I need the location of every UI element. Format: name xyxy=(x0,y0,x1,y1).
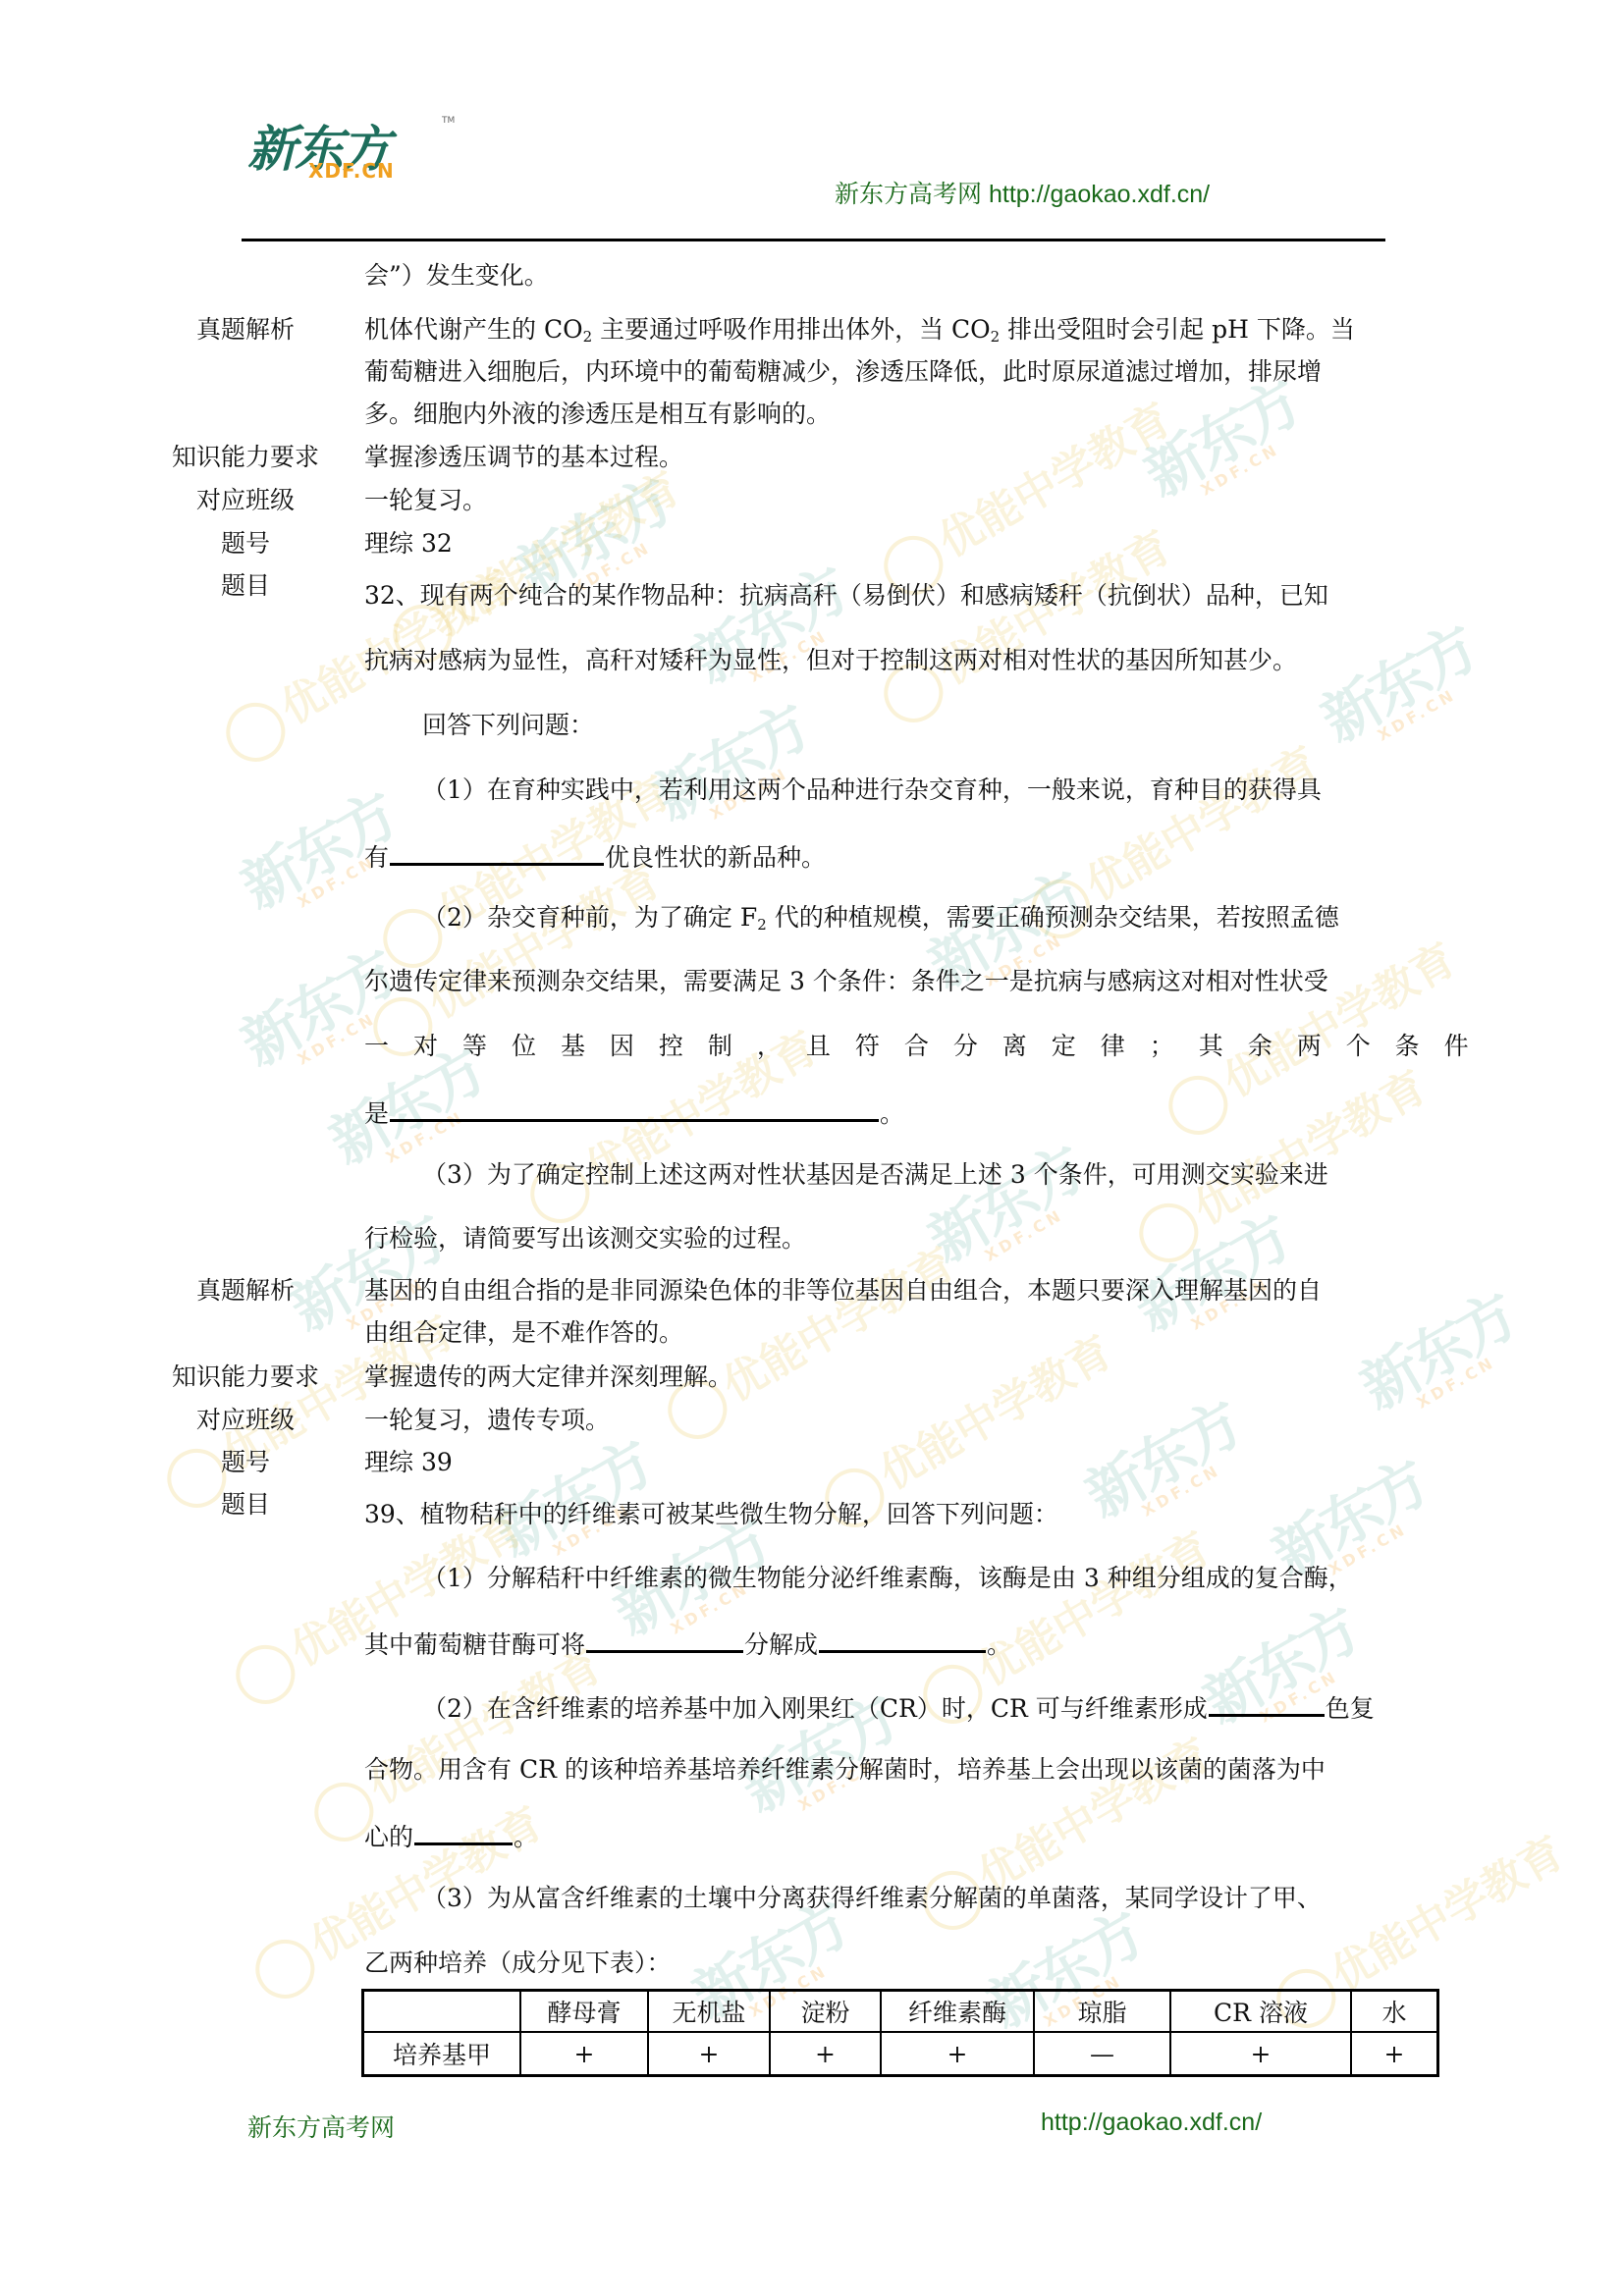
class-level-text: 一轮复习。 xyxy=(364,486,487,515)
justified-char: ， xyxy=(757,1032,782,1061)
label-question: 题目 xyxy=(147,571,344,601)
table-header-cell: 淀粉 xyxy=(770,1991,881,2033)
table-header-cell: 酵母膏 xyxy=(520,1991,648,2033)
table-header-cell: 无机盐 xyxy=(648,1991,770,2033)
table-header-cell: CR 溶液 xyxy=(1170,1991,1351,2033)
logo-subtext: XDF.CN xyxy=(308,159,395,183)
answer-blank[interactable] xyxy=(1209,1690,1325,1717)
header-site-link[interactable]: 新东方高考网 http://gaokao.xdf.cn/ xyxy=(835,175,1210,210)
xdf-logo: 新东方 XDF.CN TM xyxy=(247,110,454,188)
table-row: 培养基甲 + + + + — + + xyxy=(363,2032,1438,2076)
header-divider xyxy=(242,239,1385,241)
watermark-xdf: 新东方XDF.CN xyxy=(1117,1192,1306,1354)
q32-part2-line: （2）杂交育种前，为了确定 F2 代的种植规模，需要正确预测杂交结果，若按照孟德 xyxy=(422,903,1339,933)
answer-blank[interactable] xyxy=(390,1095,879,1122)
justified-char: 控 xyxy=(659,1032,683,1061)
watermark-xdf: 新东方XDF.CN xyxy=(1304,603,1492,765)
table-cell: + xyxy=(520,2032,648,2076)
analysis-line: 基因的自由组合指的是非同源染色体的非等位基因自由组合，本题只要深入理解基因的自 xyxy=(364,1276,1322,1306)
q39-part2-line: 合物。用含有 CR 的该种培养基培养纤维素分解菌时，培养基上会出现以该菌的菌落为… xyxy=(364,1755,1326,1785)
q32-part2-line: 尔遗传定律来预测杂交结果，需要满足 3 个条件：条件之一是抗病与感病这对相对性状… xyxy=(364,967,1328,996)
table-cell: + xyxy=(648,2032,770,2076)
table-cell: + xyxy=(881,2032,1034,2076)
justified-char: 定 xyxy=(1052,1032,1076,1061)
table-header-cell: 琼脂 xyxy=(1034,1991,1170,2033)
answer-blank[interactable] xyxy=(819,1627,986,1653)
answer-blank[interactable] xyxy=(390,839,604,866)
watermark-xdf: 新东方XDF.CN xyxy=(224,927,412,1089)
justified-char: 其 xyxy=(1199,1032,1223,1061)
justified-char: 因 xyxy=(610,1032,634,1061)
label-analysis: 真题解析 xyxy=(147,315,344,345)
knowledge-text: 掌握渗透压调节的基本过程。 xyxy=(364,443,683,472)
label-question-no: 题号 xyxy=(147,1448,344,1477)
logo-trademark: TM xyxy=(442,116,455,126)
q39-part2-line: （2）在含纤维素的培养基中加入刚果红（CR）时，CR 可与纤维素形成色复 xyxy=(422,1690,1375,1724)
question-prompt: 回答下列问题： xyxy=(422,711,594,740)
q32-part2-line: 是。 xyxy=(364,1095,904,1129)
table-header-row: 酵母膏 无机盐 淀粉 纤维素酶 琼脂 CR 溶液 水 xyxy=(363,1991,1438,2033)
justified-char: 等 xyxy=(462,1032,487,1061)
watermark-youneng: 优能中学教育 xyxy=(653,1229,967,1450)
culture-medium-table: 酵母膏 无机盐 淀粉 纤维素酶 琼脂 CR 溶液 水 培养基甲 + + + + … xyxy=(361,1989,1439,2077)
justified-char: 条 xyxy=(1395,1032,1420,1061)
justified-char: 余 xyxy=(1248,1032,1272,1061)
justified-char: 件 xyxy=(1444,1032,1469,1061)
justified-char: 律 xyxy=(1101,1032,1125,1061)
table-cell: + xyxy=(1351,2032,1438,2076)
justified-char: 一 xyxy=(364,1032,389,1061)
knowledge-text: 掌握遗传的两大定律并深刻理解。 xyxy=(364,1362,732,1392)
table-cell: 培养基甲 xyxy=(363,2032,521,2076)
watermark-youneng: 优能中学教育 xyxy=(869,385,1183,606)
analysis-line: 葡萄糖进入细胞后，内环境中的葡萄糖减少，渗透压降低，此时原尿道滤过增加，排尿增 xyxy=(364,357,1322,387)
q32-part3-line: 行检验，请简要写出该测交实验的过程。 xyxy=(364,1224,806,1254)
footer-site-name: 新东方高考网 xyxy=(247,2109,395,2144)
label-question: 题目 xyxy=(147,1490,344,1520)
analysis-line: 多。细胞内外液的渗透压是相互有影响的。 xyxy=(364,400,831,429)
question-number: 理综 32 xyxy=(364,529,453,559)
justified-char: 两 xyxy=(1297,1032,1322,1061)
justified-char: 个 xyxy=(1346,1032,1371,1061)
q39-part1-line: （1）分解秸秆中纤维素的微生物能分泌纤维素酶，该酶是由 3 种组分组成的复合酶， xyxy=(422,1564,1353,1593)
table-cell: + xyxy=(770,2032,881,2076)
q39-part3-line: （3）为从富含纤维素的土壤中分离获得纤维素分解菌的单菌落，某同学设计了甲、 xyxy=(422,1884,1322,1913)
table-header-cell: 水 xyxy=(1351,1991,1438,2033)
watermark-youneng: 优能中学教育 xyxy=(869,512,1183,733)
table-cell: + xyxy=(1170,2032,1351,2076)
justified-char: 位 xyxy=(512,1032,536,1061)
answer-blank[interactable] xyxy=(586,1627,743,1653)
label-class-level: 对应班级 xyxy=(147,486,344,515)
label-analysis: 真题解析 xyxy=(147,1276,344,1306)
table-header-cell: 纤维素酶 xyxy=(881,1991,1034,2033)
q32-part3-line: （3）为了确定控制上述这两对性状基因是否满足上述 3 个条件，可用测交实验来进 xyxy=(422,1160,1328,1190)
answer-blank[interactable] xyxy=(414,1819,513,1845)
justified-char: 且 xyxy=(806,1032,831,1061)
header-site-url: http://gaokao.xdf.cn/ xyxy=(989,181,1210,208)
justified-char: 制 xyxy=(708,1032,732,1061)
question-stem-line: 抗病对感病为显性，高秆对矮秆为显性，但对于控制这两对相对性状的基因所知甚少。 xyxy=(364,646,1297,675)
analysis-line: 机体代谢产生的 CO2 主要通过呼吸作用排出体外，当 CO2 排出受阻时会引起 … xyxy=(364,315,1355,345)
q39-part3-line: 乙两种培养（成分见下表）： xyxy=(364,1949,672,1978)
justified-char: 对 xyxy=(413,1032,438,1061)
watermark-xdf: 新东方XDF.CN xyxy=(479,1417,668,1579)
justified-char: ； xyxy=(1150,1032,1174,1061)
class-level-text: 一轮复习，遗传专项。 xyxy=(364,1406,610,1435)
q39-part1-line: 其中葡萄糖苷酶可将分解成。 xyxy=(364,1627,1011,1660)
label-knowledge: 知识能力要求 xyxy=(147,443,344,472)
label-question-no: 题号 xyxy=(147,529,344,559)
question-stem-line: 39、植物秸秆中的纤维素可被某些微生物分解，回答下列问题： xyxy=(364,1500,1058,1529)
justified-char: 合 xyxy=(904,1032,929,1061)
q32-part2-line-justified: 一对等位基因控制，且符合分离定律；其余两个条件 xyxy=(364,1032,1469,1061)
q32-part1-line: （1）在育种实践中，若利用这两个品种进行杂交育种，一般来说，育种目的获得具 xyxy=(422,775,1322,805)
watermark-xdf: 新东方XDF.CN xyxy=(1343,1270,1532,1432)
analysis-line: 由组合定律，是不难作答的。 xyxy=(364,1318,683,1348)
question-stem-line: 32、现有两个纯合的某作物品种：抗病高秆（易倒伏）和感病矮秆（抗倒状）品种，已知 xyxy=(364,581,1328,611)
watermark-xdf: 新东方XDF.CN xyxy=(636,681,825,843)
q32-part1-line: 有优良性状的新品种。 xyxy=(364,839,826,873)
justified-char: 符 xyxy=(855,1032,880,1061)
justified-char: 基 xyxy=(561,1032,585,1061)
watermark-xdf: 新东方XDF.CN xyxy=(1068,1378,1257,1540)
header-site-name: 新东方高考网 xyxy=(835,180,982,208)
label-knowledge: 知识能力要求 xyxy=(147,1362,344,1392)
continuation-text: 会”）发生变化。 xyxy=(364,261,549,291)
justified-char: 分 xyxy=(953,1032,978,1061)
justified-char: 离 xyxy=(1002,1032,1027,1061)
question-number: 理综 39 xyxy=(364,1448,453,1477)
watermark-xdf: 新东方XDF.CN xyxy=(676,544,864,706)
table-header-cell xyxy=(363,1991,521,2033)
label-class-level: 对应班级 xyxy=(147,1406,344,1435)
footer-site-url[interactable]: http://gaokao.xdf.cn/ xyxy=(1041,2109,1262,2137)
watermark-xdf: 新东方XDF.CN xyxy=(911,1123,1100,1285)
q39-part2-line: 心的。 xyxy=(364,1819,538,1852)
table-cell: — xyxy=(1034,2032,1170,2076)
